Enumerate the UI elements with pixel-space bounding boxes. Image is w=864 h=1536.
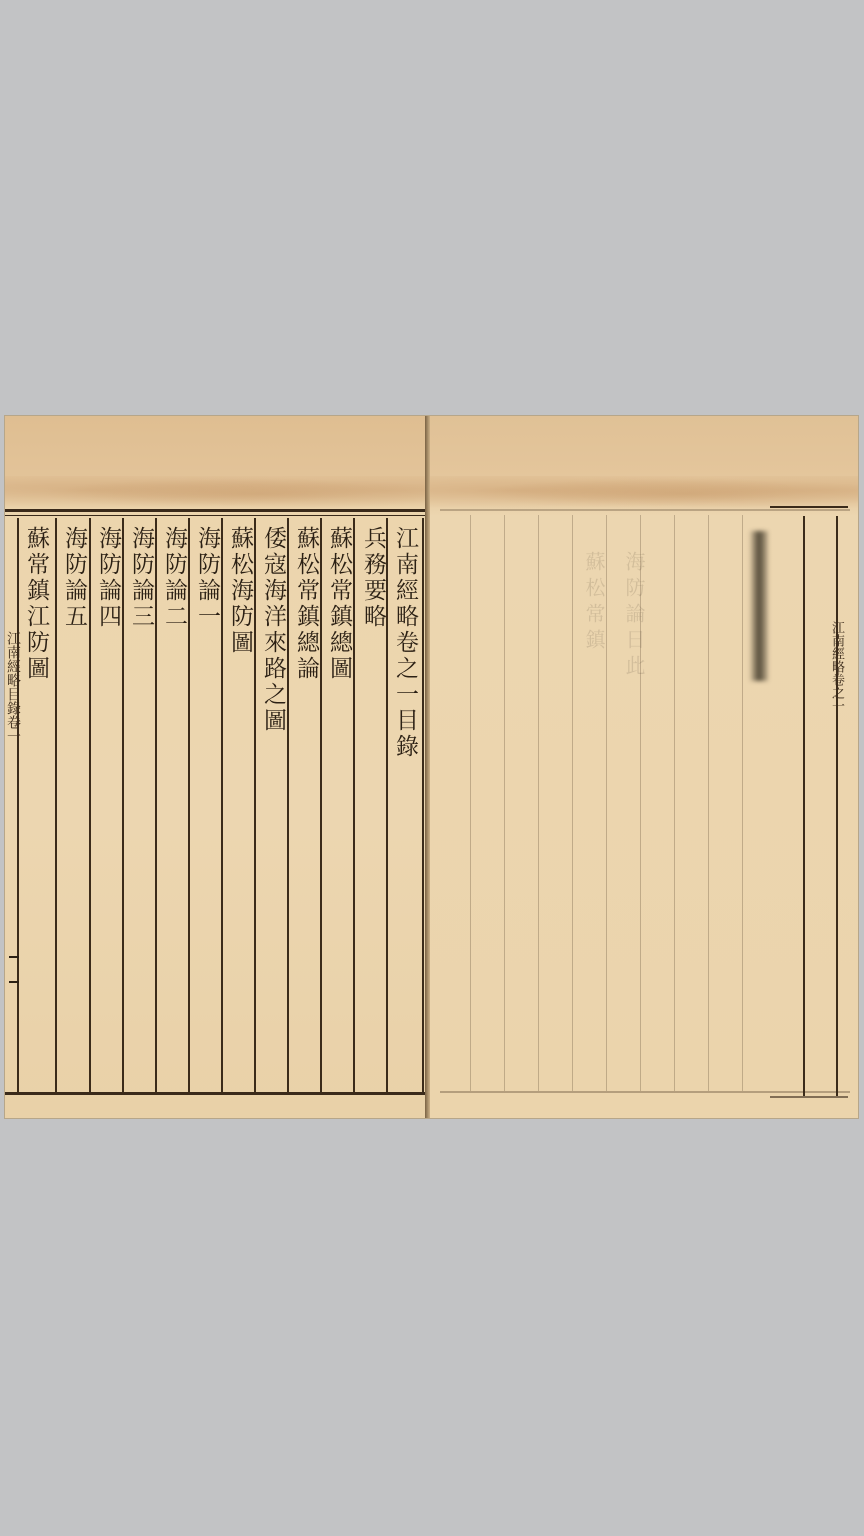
column-rule [504,515,505,1091]
column-rule [353,518,355,1092]
block-heart-label: 江南經略目錄卷一 [5,631,23,743]
column-rule [320,518,322,1092]
column-rule [836,516,838,1096]
column-rule [155,518,157,1092]
column-rule [708,515,709,1091]
toc-entry: 海防論四 [94,526,122,630]
column-rule [17,518,19,1092]
column-rule [674,515,675,1091]
column-rule [422,518,424,1092]
left-page: 江南經略卷之一目錄 兵務要略 蘇松常鎮總圖 蘇松常鎮總論 倭寇海洋來路之圖 蘇松… [5,416,428,1118]
show-through-text: 海防論日此 [620,551,649,681]
toc-entry: 蘇常鎮江防圖 [22,526,50,682]
folio-mark [9,981,19,983]
toc-heading: 江南經略卷之一目錄 [391,526,419,760]
right-edge-frame [770,506,848,1098]
toc-entry: 海防論三 [127,526,155,630]
water-stain [5,476,428,512]
column-rule [221,518,223,1092]
show-through-text: 蘇松常鎮 [580,551,609,655]
ink-smudge [750,531,768,681]
book-spread: 江南經略卷之一目錄 兵務要略 蘇松常鎮總圖 蘇松常鎮總論 倭寇海洋來路之圖 蘇松… [5,416,858,1118]
column-rule [89,518,91,1092]
toc-entry: 倭寇海洋來路之圖 [259,526,287,734]
toc-entry: 蘇松常鎮總圖 [325,526,353,682]
toc-entry: 蘇松海防圖 [226,526,254,656]
column-rule [122,518,124,1092]
folio-mark [9,956,19,958]
column-rule [287,518,289,1092]
column-rule [55,518,57,1092]
column-rule [803,516,805,1096]
toc-entry: 海防論五 [60,526,88,630]
column-rule [572,515,573,1091]
toc-entry: 海防論二 [160,526,188,630]
column-rule [742,515,743,1091]
column-rule [470,515,471,1091]
column-rule [254,518,256,1092]
toc-entry: 兵務要略 [359,526,387,630]
toc-entry: 海防論一 [193,526,221,630]
block-heart-label: 江南經略卷之一 [827,621,846,712]
column-rule [538,515,539,1091]
column-rule [188,518,190,1092]
left-page-frame: 江南經略卷之一目錄 兵務要略 蘇松常鎮總圖 蘇松常鎮總論 倭寇海洋來路之圖 蘇松… [5,509,425,1095]
right-page: 海防論日此 蘇松常鎮 江南經略卷之一 [430,416,858,1118]
toc-entry: 蘇松常鎮總論 [292,526,320,682]
